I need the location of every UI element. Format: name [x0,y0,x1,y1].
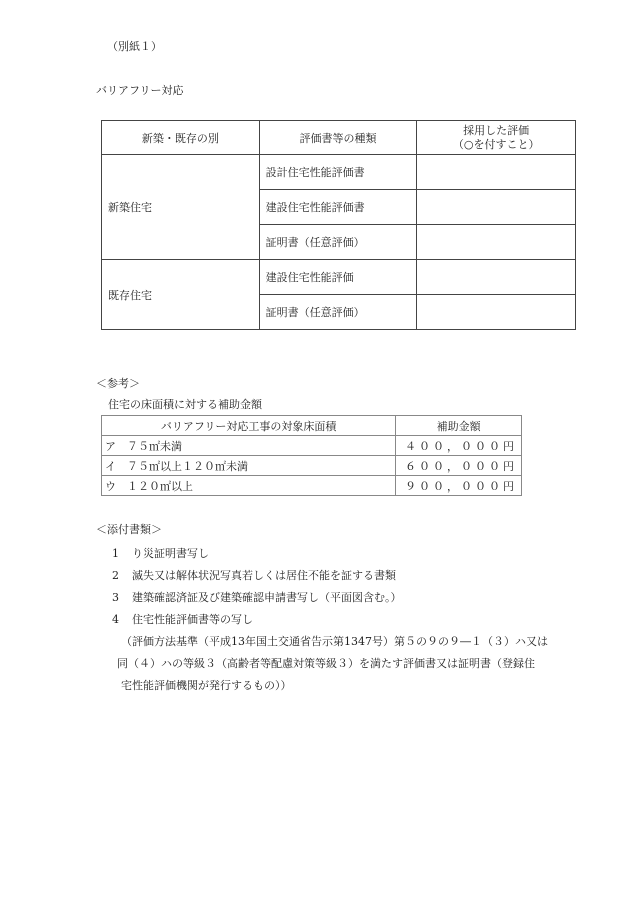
item-text: り災証明書写し [132,547,209,560]
table-row: 新築住宅 設計住宅性能評価書 [102,155,576,190]
item-number: 3 [112,591,132,604]
section-title: バリアフリー対応 [96,82,184,98]
category-new-house: 新築住宅 [102,155,260,260]
amount-cell: ６００，０００円 [396,456,522,476]
item-text: 建築確認済証及び建築確認申請書写し（平面図含む。） [132,591,402,604]
item-number: 1 [112,547,132,560]
attachment-item: 2滅失又は解体状況写真若しくは居住不能を証する書類 [112,567,396,583]
header-adopted-line1: 採用した評価 [417,124,575,138]
attachments-heading: ＜添付書類＞ [96,521,162,537]
type-cell: 証明書（任意評価） [259,225,417,260]
attachment-label: （別紙１） [107,38,162,54]
type-cell: 建設住宅性能評価書 [259,190,417,225]
subsidy-table-header: バリアフリー対応工事の対象床面積 補助金額 [102,416,522,436]
header-adopted: 採用した評価 （○を付すこと） [417,121,576,155]
table-row: ウ １２０㎡以上 ９００，０００円 [102,476,522,496]
adopted-cell[interactable] [417,225,576,260]
category-existing-house: 既存住宅 [102,260,260,330]
type-cell: 設計住宅性能評価書 [259,155,417,190]
note-line: 同（４）ハの等級３（高齢者等配慮対策等級３）を満たす評価書又は証明書（登録住 [117,655,535,671]
header-type: 評価書等の種類 [259,121,417,155]
header-amount: 補助金額 [396,416,522,436]
table-row: 既存住宅 建設住宅性能評価 [102,260,576,295]
item-text: 住宅性能評価書等の写し [132,613,253,626]
attachment-item: 1り災証明書写し [112,545,209,561]
area-cell: ア ７５㎡未満 [102,436,396,456]
item-number: 2 [112,569,132,582]
reference-heading: ＜参考＞ [96,375,140,391]
table-row: イ ７５㎡以上１２０㎡未満 ６００，０００円 [102,456,522,476]
note-line: （評価方法基準（平成13年国土交通省告示第1347号）第５の９の９―１（３）ハ又… [121,633,548,649]
header-category: 新築・既存の別 [102,121,260,155]
item-text: 滅失又は解体状況写真若しくは居住不能を証する書類 [132,569,396,582]
amount-cell: ４００，０００円 [396,436,522,456]
adopted-cell[interactable] [417,155,576,190]
adopted-cell[interactable] [417,190,576,225]
reference-subheading: 住宅の床面積に対する補助金額 [108,396,262,412]
attachment-item: 3建築確認済証及び建築確認申請書写し（平面図含む。） [112,589,402,605]
note-line: 宅性能評価機関が発行するもの）） [121,677,292,693]
item-number: 4 [112,613,132,626]
table-row: ア ７５㎡未満 ４００，０００円 [102,436,522,456]
header-area: バリアフリー対応工事の対象床面積 [102,416,396,436]
adopted-cell[interactable] [417,260,576,295]
subsidy-table: バリアフリー対応工事の対象床面積 補助金額 ア ７５㎡未満 ４００，０００円 イ… [101,415,522,496]
area-cell: イ ７５㎡以上１２０㎡未満 [102,456,396,476]
type-cell: 証明書（任意評価） [259,295,417,330]
type-cell: 建設住宅性能評価 [259,260,417,295]
attachment-item: 4住宅性能評価書等の写し [112,611,253,627]
evaluation-table-header: 新築・既存の別 評価書等の種類 採用した評価 （○を付すこと） [102,121,576,155]
adopted-cell[interactable] [417,295,576,330]
header-adopted-line2: （○を付すこと） [417,138,575,152]
evaluation-table: 新築・既存の別 評価書等の種類 採用した評価 （○を付すこと） 新築住宅 設計住… [101,120,576,330]
amount-cell: ９００，０００円 [396,476,522,496]
area-cell: ウ １２０㎡以上 [102,476,396,496]
